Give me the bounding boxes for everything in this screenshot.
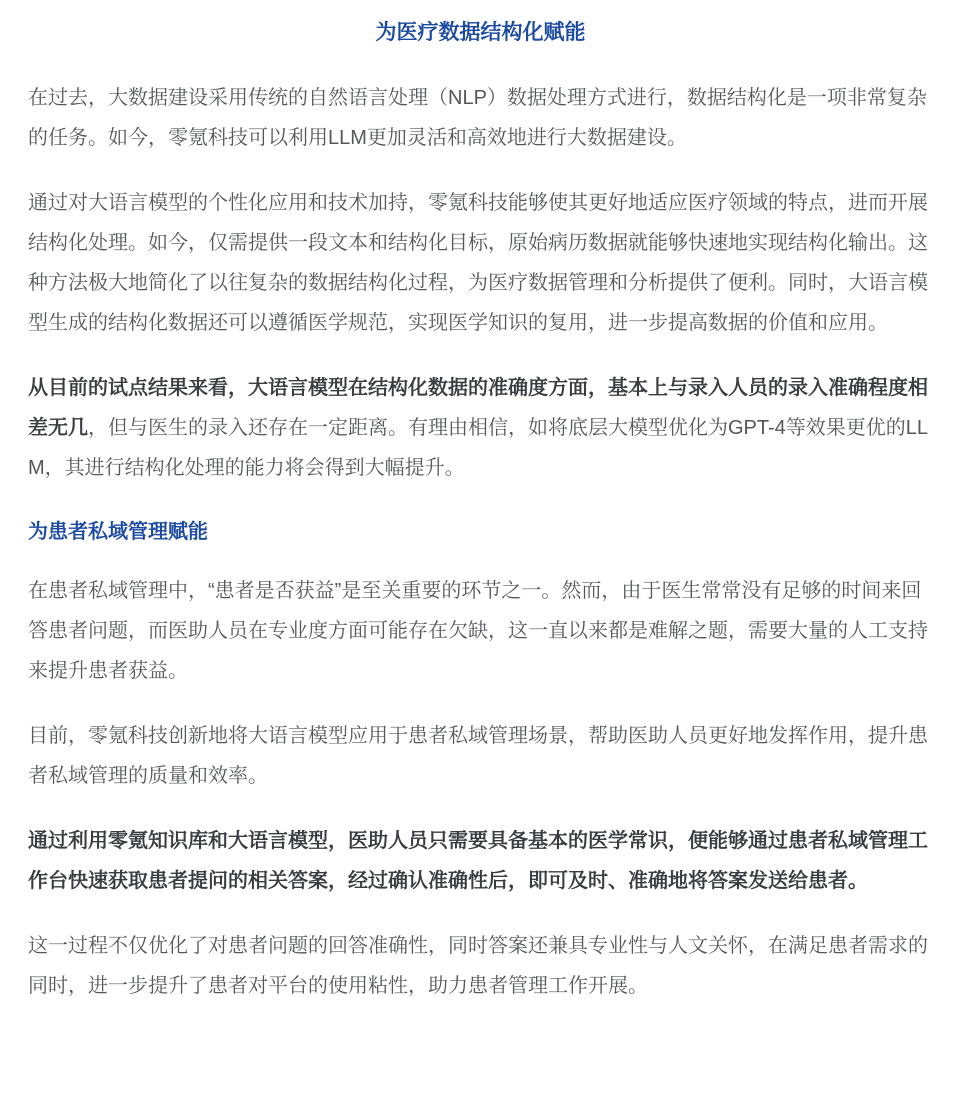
paragraph-intro: 在过去，大数据建设采用传统的自然语言处理（NLP）数据处理方式进行，数据结构化是… — [28, 78, 933, 158]
paragraph-llm-application: 目前，零氪科技创新地将大语言模型应用于患者私域管理场景，帮助医助人员更好地发挥作… — [28, 716, 933, 796]
paragraph-pilot-results: 从目前的试点结果来看，大语言模型在结构化数据的准确度方面，基本上与录入人员的录入… — [28, 368, 933, 488]
paragraph-knowledge-base-bold: 通过利用零氪知识库和大语言模型，医助人员只需要具备基本的医学常识，便能够通过患者… — [28, 821, 933, 901]
article-title: 为医疗数据结构化赋能 — [28, 18, 933, 48]
paragraph-private-domain-problem: 在患者私域管理中，“患者是否获益”是至关重要的环节之一。然而，由于医生常常没有足… — [28, 571, 933, 691]
paragraph-structuring-detail: 通过对大语言模型的个性化应用和技术加持，零氪科技能够使其更好地适应医疗领域的特点… — [28, 183, 933, 343]
section-heading-private-domain: 为患者私域管理赋能 — [28, 518, 933, 546]
paragraph-pilot-results-normal-tail: ，但与医生的录入还存在一定距离。有理由相信，如将底层大模型优化为GPT-4等效果… — [28, 417, 928, 479]
paragraph-conclusion: 这一过程不仅优化了对患者问题的回答准确性，同时答案还兼具专业性与人文关怀，在满足… — [28, 926, 933, 1006]
article-page: 为医疗数据结构化赋能 在过去，大数据建设采用传统的自然语言处理（NLP）数据处理… — [0, 0, 963, 1006]
